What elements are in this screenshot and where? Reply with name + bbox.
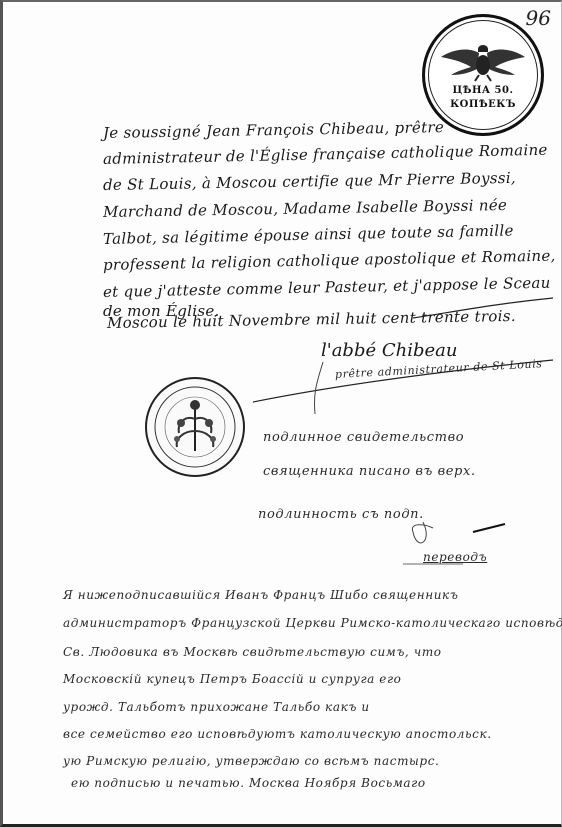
lily-bouquet-icon [147,379,243,475]
translation-heading: переводъ [423,550,487,564]
attestation-line-1: подлинное свидетельство [263,430,464,445]
translation-line-1: Я нижеподписавшійся Иванъ Францъ Шибо св… [63,588,458,602]
french-line-3: de St Louis, à Moscou certifie que Mr Pi… [103,169,516,194]
stamp-unit: КОПѢЕКЪ [425,99,541,110]
translation-line-3: Св. Людовика въ Москвѣ свидѣтельствую си… [63,645,442,659]
document-page: 96 ЦѢНА 50. КОПѢЕКЪ Je soussigné Jean Fr… [0,0,562,827]
attestation-line-2: священника писано въ верх. [263,464,476,479]
french-line-1: Je soussigné Jean François Chibeau, prêt… [103,118,444,142]
translation-line-7: ую Римскую религію, утверждаю со всѣмъ п… [63,754,439,768]
translation-line-8: ею подписью и печатью. Москва Ноября Вос… [71,776,426,790]
french-line-6: professent la religion catholique aposto… [103,247,556,274]
translation-line-4: Московскій купецъ Петръ Боассій и супруг… [63,672,402,686]
priest-signature: l'abbé Chibeau [321,340,457,361]
translation-line-5: урожд. Тальботъ прихожане Тальбо какъ и [63,700,370,714]
french-line-4: Marchand de Moscou, Madame Isabelle Boys… [103,196,507,221]
church-seal [145,377,245,477]
attestation-line-3: подлинность съ подп. [258,507,424,522]
double-headed-eagle-icon [439,39,527,83]
translation-line-2: администраторъ Французской Церкви Римско… [63,616,562,630]
french-line-2: administrateur de l'Église française cat… [103,141,548,168]
stamp-price: ЦѢНА 50. [425,85,541,96]
french-line-5: Talbot, sa légitime épouse ainsi que tou… [103,221,514,248]
french-line-7: et que j'atteste comme leur Pasteur, et … [103,274,551,301]
folio-number: 96 [526,6,551,30]
translation-line-6: все семейство его исповѣдуютъ католическ… [63,727,492,741]
